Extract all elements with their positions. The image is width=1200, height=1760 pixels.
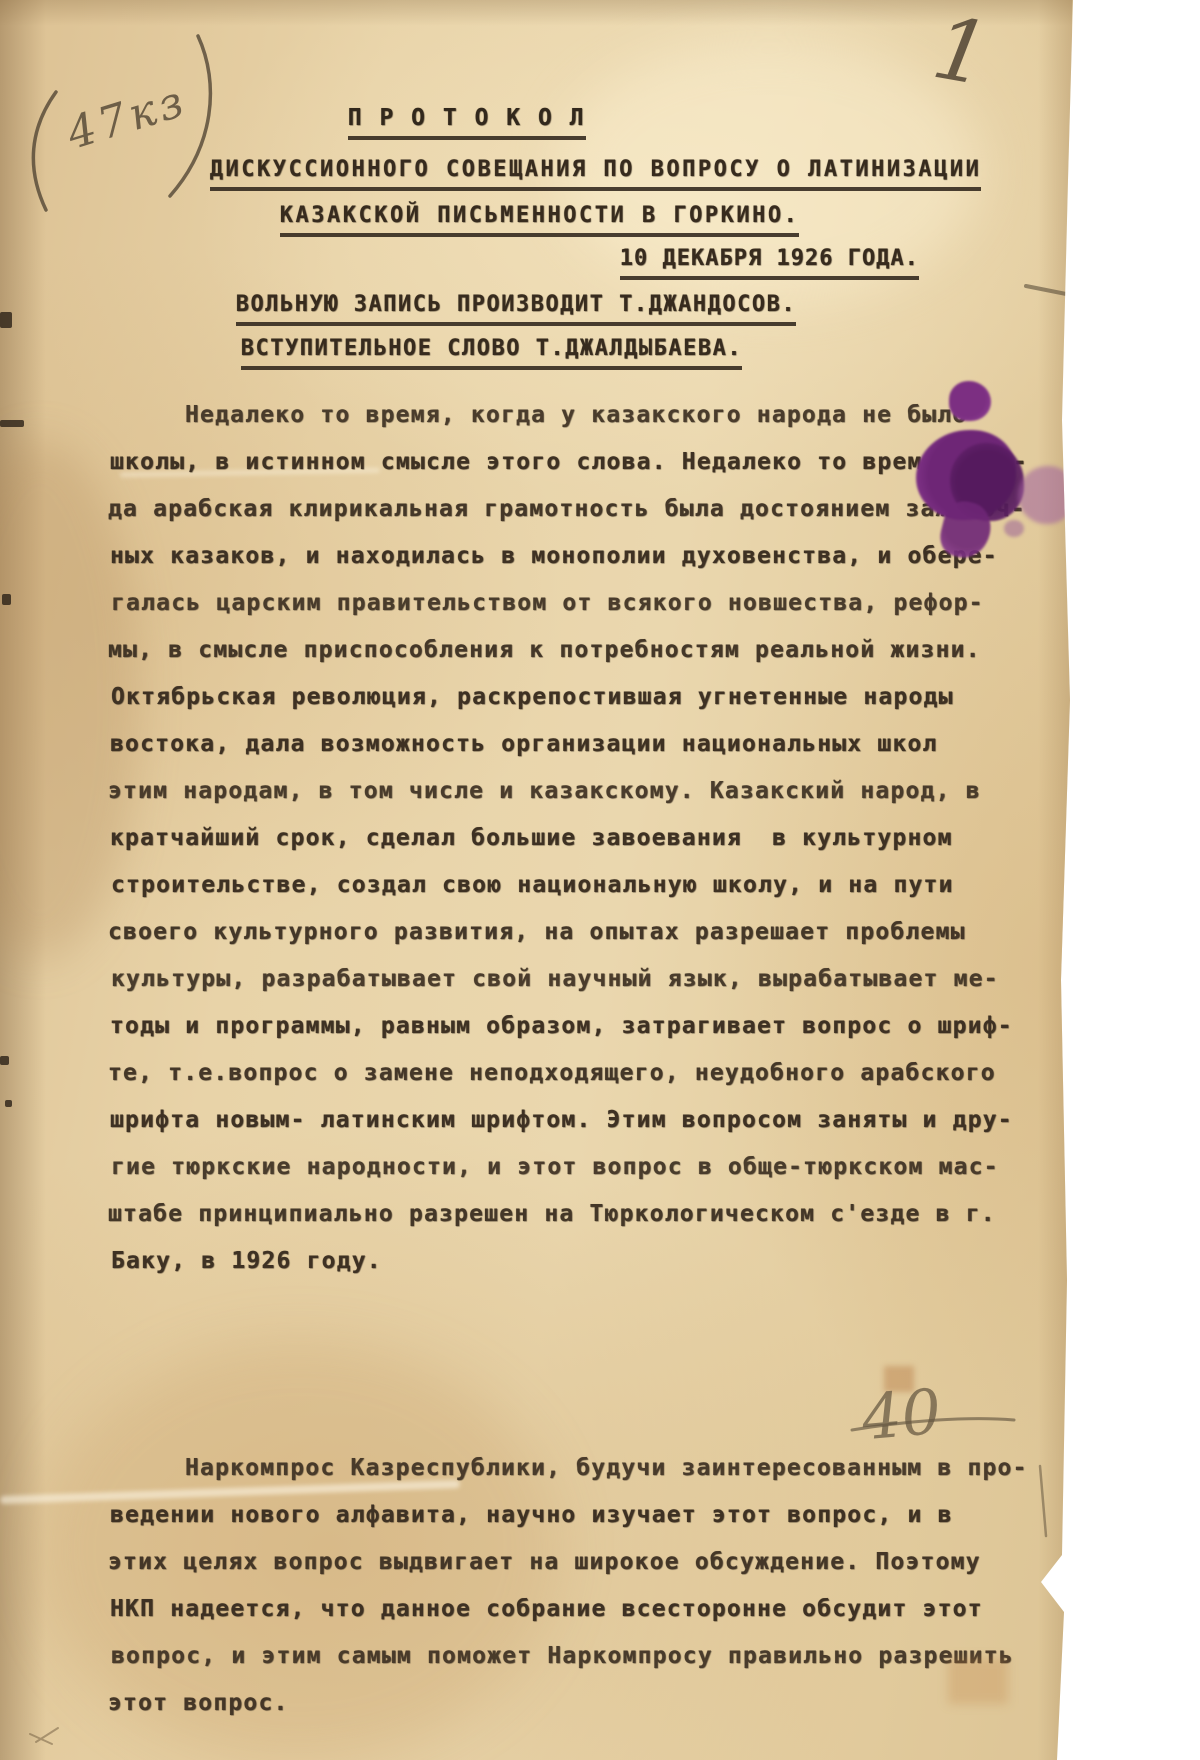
protocol-opening-speech: ВСТУПИТЕЛЬНОЕ СЛОВО Т.ДЖАЛДЫБАЕВА. xyxy=(183,317,742,389)
text-line: этим народам, в том числе и казакскому. … xyxy=(108,778,1088,825)
edge-speck xyxy=(5,1100,12,1107)
edge-speck xyxy=(0,420,24,427)
text-line: Октябрьская революция, раскрепостившая у… xyxy=(111,684,1091,731)
text-line: мы, в смысле приспособления к потребност… xyxy=(108,637,1088,684)
text-line: кратчайший срок, сделал большие завоеван… xyxy=(110,825,1090,872)
paper-edge-shade-left xyxy=(0,0,46,1760)
text-line: Наркомпрос Казреспублики, будучи заинтер… xyxy=(111,1455,1091,1502)
text-line: те, т.е.вопрос о замене неподходящего, н… xyxy=(108,1060,1088,1107)
paper-sheet: П Р О Т О К О Л ДИСКУССИОННОГО СОВЕЩАНИЯ… xyxy=(0,0,1100,1760)
text-line: востока, дала возможность организации на… xyxy=(110,731,1090,778)
edge-speck xyxy=(2,594,11,605)
text-line: гие тюркские народности, и этот вопрос в… xyxy=(111,1154,1091,1201)
text-line: ведении нового алфавита, научно изучает … xyxy=(110,1502,1090,1549)
text-line: ных казаков, и находилась в монополии ду… xyxy=(110,543,1090,590)
margin-annotation-forty: 40 xyxy=(859,1375,944,1455)
text-line: школы, в истинном смысле этого слова. Не… xyxy=(110,449,1090,496)
text-line: штабе принципиально разрешен на Тюрколог… xyxy=(108,1201,1088,1248)
document-scan: П Р О Т О К О Л ДИСКУССИОННОГО СОВЕЩАНИЯ… xyxy=(0,0,1200,1760)
text-line: НКП надеется, что данное собрание всесто… xyxy=(110,1596,1090,1643)
paragraph-2: Наркомпрос Казреспублики, будучи заинтер… xyxy=(110,1455,1090,1737)
text-line: шрифта новым- латинским шрифтом. Этим во… xyxy=(110,1107,1090,1154)
text-line: Недалеко то время, когда у казакского на… xyxy=(111,402,1091,449)
protocol-title-text: П Р О Т О К О Л xyxy=(348,105,586,140)
text-line: тоды и программы, равным образом, затраг… xyxy=(110,1013,1090,1060)
paragraph-1: Недалеко то время, когда у казакского на… xyxy=(110,402,1090,1295)
edge-speck xyxy=(0,1056,9,1065)
text-line: вопрос, и этим самым поможет Наркомпросу… xyxy=(111,1643,1091,1690)
text-line: культуры, разрабатывает свой научный язы… xyxy=(111,966,1091,1013)
text-line: да арабская клирикальная грамотность был… xyxy=(108,496,1088,543)
text-line: этих целях вопрос выдвигает на широкое о… xyxy=(108,1549,1088,1596)
text-line: этот вопрос. xyxy=(108,1690,1088,1737)
text-line: галась царским правительством от всякого… xyxy=(111,590,1091,637)
text-line: Баку, в 1926 году. xyxy=(111,1248,1091,1295)
edge-speck xyxy=(0,312,12,328)
text-line: строительстве, создал свою национальную … xyxy=(111,872,1091,919)
paper-edge-shade-top xyxy=(0,0,1100,26)
text-line: своего культурного развития, на опытах р… xyxy=(108,919,1088,966)
